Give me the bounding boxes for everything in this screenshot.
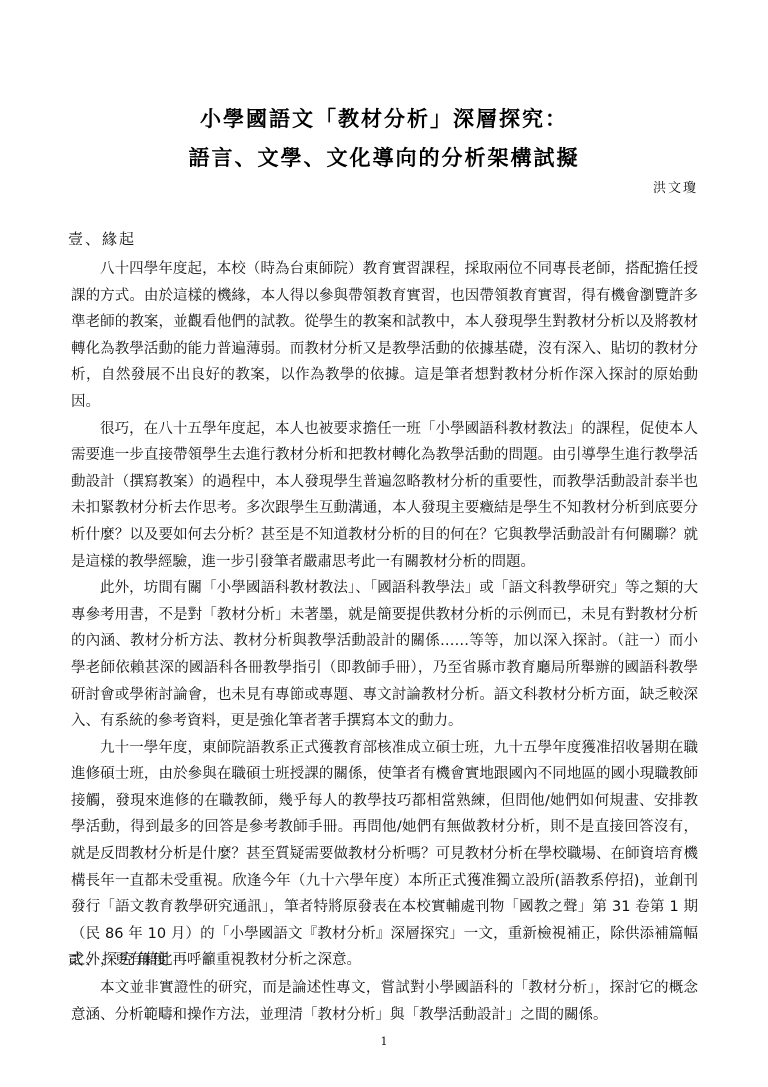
section-body-origin: 八十四學年度起，本校（時為台東師院）教育實習課程，採取兩位不同專長老師，搭配擔任… [71, 256, 698, 974]
paragraph: 九十一學年度，東師院語教系正式獲教育部核准成立碩士班，九十五學年度獲准招收暑期在… [71, 735, 698, 974]
page-number: 1 [0, 1035, 768, 1048]
section-heading-origin: 壹、緣起 [68, 228, 136, 249]
section-body-perspective: 本文並非實證性的研究，而是論述性專文，嘗試對小學國語科的「教材分析」，探討它的概… [71, 975, 698, 1028]
title-line-2: 語言、文學、文化導向的分析架構試擬 [0, 142, 768, 172]
author-name: 洪文瓊 [653, 177, 698, 196]
paragraph: 此外，坊間有關「小學國語科教材教法」、「國語科教學法」或「語文科教學研究」等之類… [71, 575, 698, 735]
paragraph: 本文並非實證性的研究，而是論述性專文，嘗試對小學國語科的「教材分析」，探討它的概… [71, 975, 698, 1028]
section-heading-perspective: 貳、探究角度 [68, 948, 170, 969]
document-page: 小學國語文「教材分析」深層探究： 語言、文學、文化導向的分析架構試擬 洪文瓊 壹… [0, 0, 768, 1087]
title-line-1: 小學國語文「教材分析」深層探究： [0, 103, 768, 133]
paragraph: 很巧，在八十五學年度起，本人也被要求擔任一班「小學國語科教材教法」的課程，促使本… [71, 416, 698, 576]
paragraph: 八十四學年度起，本校（時為台東師院）教育實習課程，採取兩位不同專長老師，搭配擔任… [71, 256, 698, 416]
